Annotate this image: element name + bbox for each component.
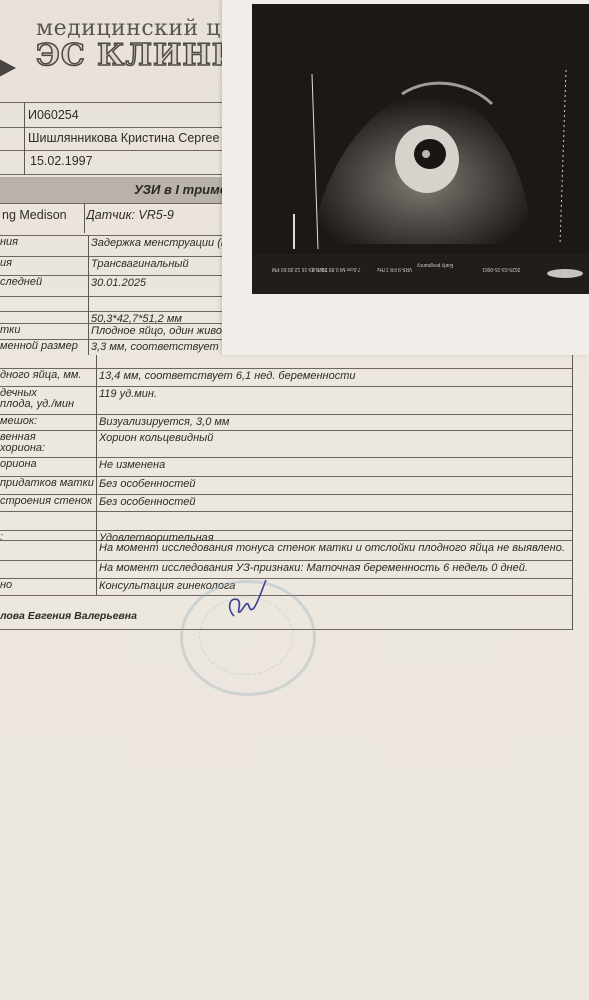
exam-title: УЗИ в I тримес bbox=[134, 182, 234, 197]
row-label: мешок: bbox=[0, 416, 37, 427]
row-value: Визуализируется, 3,0 мм bbox=[99, 416, 229, 428]
row-label: тки bbox=[0, 325, 20, 336]
ultrasound-info-bar: 2025-03-15 12:30:50 PM MI 0.89 TIb 0.3 7… bbox=[252, 254, 589, 294]
ultrasound-image: 2025-03-15 12:30:50 PM MI 0.89 TIb 0.3 7… bbox=[252, 4, 589, 294]
patient-birth-date: 15.02.1997 bbox=[30, 154, 93, 168]
patient-id: И060254 bbox=[28, 108, 79, 122]
row-label: дного яйца, мм. bbox=[0, 370, 82, 381]
row-value: На момент исследования тонуса стенок мат… bbox=[99, 542, 565, 554]
samsung-logo-icon bbox=[547, 269, 583, 278]
row-value: Трансвагинальный bbox=[91, 258, 189, 270]
doctor-name: лова Евгения Валерьевна bbox=[0, 610, 137, 622]
ultrasound-scan-icon bbox=[252, 4, 589, 294]
table-row bbox=[0, 459, 572, 476]
row-value: 50,3*42,7*51,2 мм bbox=[91, 313, 182, 325]
signature-icon bbox=[220, 578, 270, 628]
probe-name: Датчик: VR5-9 bbox=[86, 208, 174, 222]
row-value: На момент исследования УЗ-признаки: Мато… bbox=[99, 562, 528, 574]
clinic-logo-arrow-icon bbox=[0, 52, 16, 84]
row-label: следней bbox=[0, 277, 42, 288]
row-value: Задержка менструации (т bbox=[91, 237, 230, 249]
row-value: Плодное яйцо, один живой bbox=[91, 325, 228, 337]
row-label: ния bbox=[0, 237, 18, 248]
row-label: ия bbox=[0, 258, 12, 269]
table-row bbox=[0, 416, 572, 430]
table-row bbox=[0, 532, 572, 540]
device-name: ng Medison bbox=[2, 208, 67, 222]
patient-name: Шишлянникова Кристина Сергее bbox=[28, 131, 228, 145]
row-value: 30.01.2025 bbox=[91, 277, 146, 289]
row-value: Без особенностей bbox=[99, 496, 196, 508]
row-label: но bbox=[0, 580, 12, 591]
row-value: 119 уд.мин. bbox=[99, 388, 157, 400]
row-value: Без особенностей bbox=[99, 478, 196, 490]
row-value: Хорион кольцевидный bbox=[99, 432, 213, 444]
table-row bbox=[0, 513, 572, 530]
row-value: Не изменена bbox=[99, 459, 165, 471]
table-row bbox=[0, 432, 572, 457]
row-label: дечных плода, уд./мин bbox=[0, 388, 74, 410]
table-row bbox=[0, 388, 572, 414]
medical-report-page: медицинский центр ЭС КЛИНИК И060254 Шишл… bbox=[0, 0, 589, 1000]
row-label: строения стенок bbox=[0, 496, 92, 507]
row-value: 3,3 мм, соответствует 6, bbox=[91, 341, 230, 353]
row-label: придатков матки bbox=[0, 478, 94, 489]
table-row bbox=[0, 298, 232, 311]
row-label: ориона bbox=[0, 459, 37, 470]
row-value: 13,4 мм, соответствует 6,1 нед. беременн… bbox=[99, 370, 356, 382]
row-label: венная хориона: bbox=[0, 432, 45, 454]
ultrasound-print: 2025-03-15 12:30:50 PM MI 0.89 TIb 0.3 7… bbox=[222, 0, 589, 355]
row-label: менной размер bbox=[0, 341, 78, 352]
